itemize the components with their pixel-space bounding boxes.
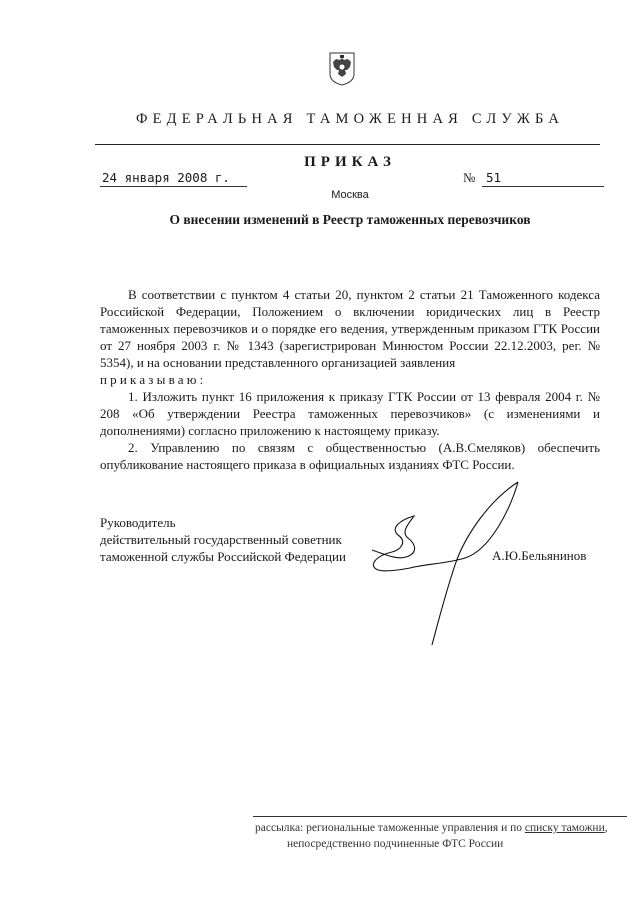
order-item-2: 2. Управлению по связям с общественность…	[100, 439, 600, 473]
signer-title-line: Руководитель	[100, 514, 346, 531]
distribution-list: рассылка: региональные таможенные управл…	[255, 820, 608, 852]
signer-title-line: таможенной службы Российской Федерации	[100, 548, 346, 565]
handwritten-signature-icon	[370, 480, 520, 650]
order-word: приказываю:	[100, 371, 600, 388]
distribution-prefix: рассылка: региональные таможенные управл…	[255, 822, 525, 834]
signer-title: Руководитель действительный государствен…	[100, 514, 346, 565]
preamble: В соответствии с пунктом 4 статьи 20, пу…	[100, 286, 600, 371]
customs-list-link: списку таможни	[525, 822, 605, 834]
order-subject: О внесении изменений в Реестр таможенных…	[0, 212, 640, 228]
agency-name: ФЕДЕРАЛЬНАЯ ТАМОЖЕННАЯ СЛУЖБА	[0, 111, 640, 128]
distribution-divider	[253, 816, 627, 817]
order-number-label: №	[463, 170, 475, 186]
city: Москва	[0, 189, 640, 201]
document-type: ПРИКАЗ	[0, 154, 640, 171]
order-date: 24 января 2008 г.	[100, 170, 247, 187]
header-divider	[95, 144, 600, 145]
signer-title-line: действительный государственный советник	[100, 531, 346, 548]
order-number: 51	[482, 170, 604, 187]
distribution-line-2: непосредственно подчиненные ФТС России	[255, 836, 608, 852]
coat-of-arms-icon	[329, 52, 355, 86]
distribution-suffix: ,	[605, 822, 608, 834]
signer-name: А.Ю.Бельянинов	[492, 548, 586, 564]
order-body: В соответствии с пунктом 4 статьи 20, пу…	[100, 286, 600, 473]
order-item-1: 1. Изложить пункт 16 приложения к приказ…	[100, 388, 600, 439]
